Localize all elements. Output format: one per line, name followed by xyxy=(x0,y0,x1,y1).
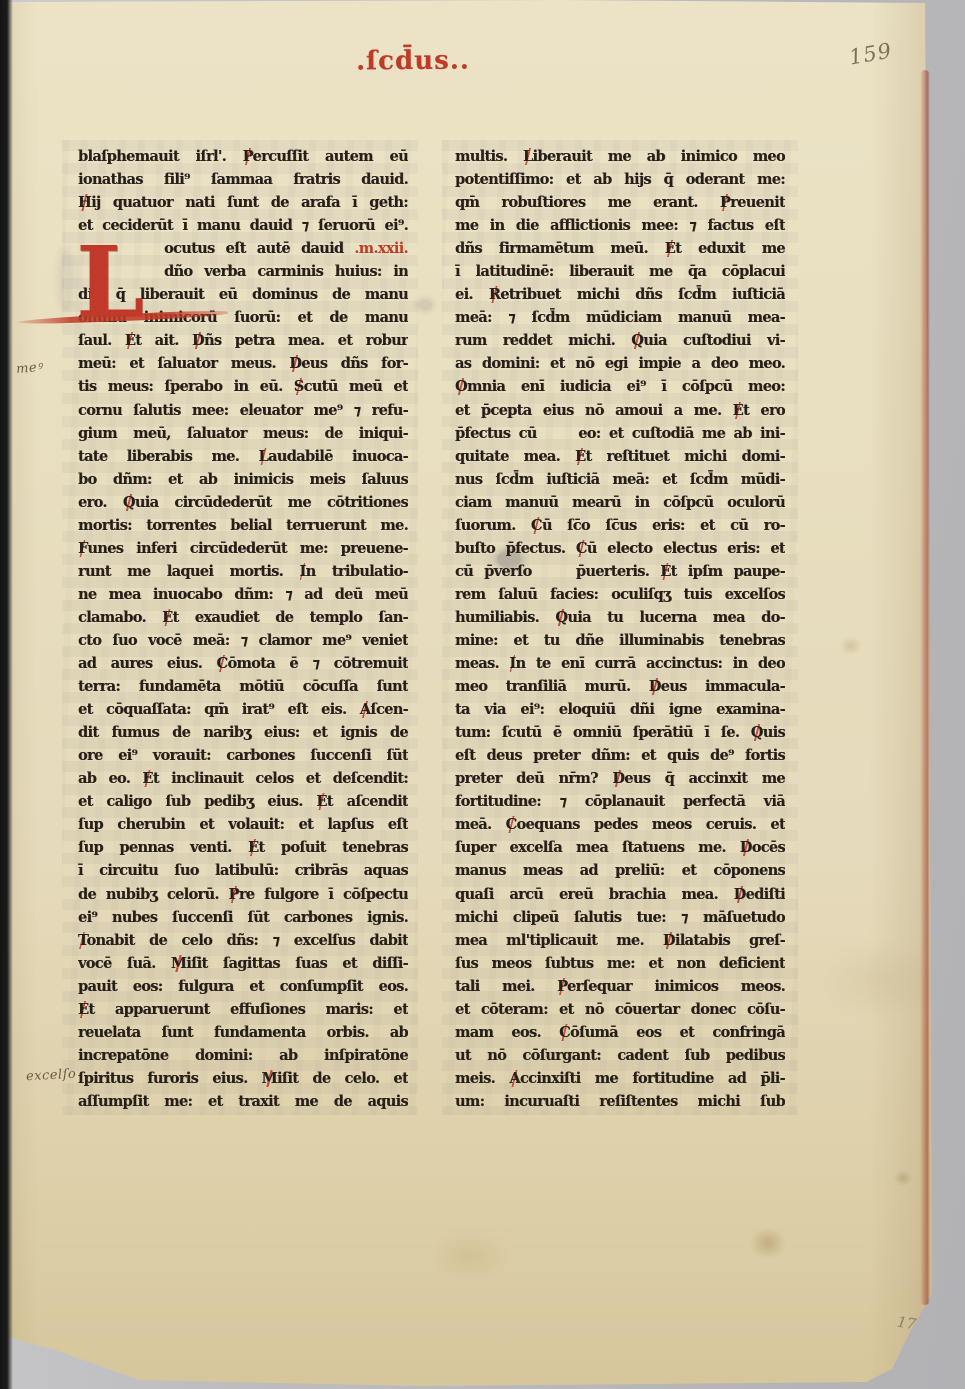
rubricated-capital: Q xyxy=(751,724,763,741)
text-line: Tonabit de celo dñs: ⁊ excelſus dabit xyxy=(78,929,408,952)
rubricated-capital: C xyxy=(531,517,542,534)
text-line: manus meas ad preliū: et cōponens xyxy=(455,859,785,882)
rubricated-capital: F xyxy=(78,540,87,557)
text-line: preter deū nr̄m? Deus q̄ accinxit me xyxy=(455,767,785,790)
text-line: de nubibʒ celorū. Pre fulgore ī cōſpectu xyxy=(78,883,408,906)
rubricated-capital: I xyxy=(509,655,515,672)
rubricated-capital: O xyxy=(455,378,467,395)
text-line: blaſphemauit iſrl'. Percuſſit autem eū xyxy=(78,145,408,168)
text-line: ei. Retribuet michi dñs ſcd̄m iuſticiā xyxy=(455,283,785,306)
running-title: .ſcd̄us.. xyxy=(356,46,470,77)
rubricated-capital: D xyxy=(740,839,752,856)
rubricated-capital: E xyxy=(248,839,258,856)
text-line: increpatōne domini: ab inſpiratōne xyxy=(78,1044,408,1067)
rubricated-capital: M xyxy=(262,1070,277,1087)
text-line: mine: et tu dñe illuminabis tenebras xyxy=(455,629,785,652)
text-line: michi clipeū ſalutis tue: ⁊ māſuetudo xyxy=(455,906,785,929)
text-line: ī latitudinē: liberauit me q̄a cōplacui xyxy=(455,260,785,283)
rubricated-capital: E xyxy=(142,770,152,787)
text-line: mortis: torrentes belial terruerunt me. xyxy=(78,514,408,537)
rubricated-capital: E xyxy=(316,793,326,810)
rubricated-capital: E xyxy=(665,240,675,257)
rubricated-capital: D xyxy=(612,770,624,787)
text-line: aſſumpſit me: et traxit me de aquis xyxy=(78,1090,408,1113)
rubricated-capital: Q xyxy=(123,494,135,511)
text-line: rem ſaluū facies: oculiſqʒ tuis excelſos xyxy=(455,583,785,606)
rubricated-capital: D xyxy=(649,678,661,695)
text-line: ſuorum. Cū ſc̄o ſc̄us eris: et cū ro- xyxy=(455,514,785,537)
text-line: ad aures eius. Cōmota ē ⁊ cōtremuit xyxy=(78,652,408,675)
text-line: cornu ſalutis mee: eleuator me⁹ ⁊ refu- xyxy=(78,399,408,422)
rubricated-capital: L xyxy=(259,448,269,465)
rubricated-capital: L xyxy=(523,148,533,165)
text-line: ei⁹ nubes ſuccenſi ſūt carbones ignis. xyxy=(78,906,408,929)
text-line: tali mei. Perſequar inimicos meos. xyxy=(455,975,785,998)
text-line: humiliabis. Quia tu lucerna mea do- xyxy=(455,606,785,629)
rubricated-capital: D xyxy=(734,886,746,903)
text-line: ciam manuū mearū in cōſpcū oculorū xyxy=(455,491,785,514)
ink-smudge xyxy=(418,300,432,310)
text-line: fortitudine: ⁊ cōplanauit perfectā viā xyxy=(455,790,785,813)
corner-pencil-number: 17 xyxy=(896,1313,918,1334)
rubricated-capital: E xyxy=(78,1001,88,1018)
text-line: ī circuitu ſuo latibulū: cribrās aquas xyxy=(78,859,408,882)
red-stained-fore-edge xyxy=(920,70,930,1305)
text-line: eſt deus preter dñm: et quis de⁹ fortis xyxy=(455,744,785,767)
rubricated-capital: A xyxy=(360,701,371,718)
text-line: gium meū, ſaluator meus: de iniqui- xyxy=(78,422,408,445)
text-line: dit fumus de naribʒ eius: et ignis de xyxy=(78,721,408,744)
text-line: ero. Quia circūdederūt me cōtritiones xyxy=(78,491,408,514)
text-line: buſto p̄fectus. Cū electo electus eris: … xyxy=(455,537,785,560)
rubricated-capital: E xyxy=(162,609,172,626)
text-line: Funes inferi circūdederūt me: preuene- xyxy=(78,537,408,560)
text-line: meis. Accinxiſti me fortitudine ad p̄li- xyxy=(455,1067,785,1090)
scanned-manuscript-view: { "page": { "running_title": ".ſcd̄us.."… xyxy=(0,0,965,1389)
text-line: Hij quatuor nati ſunt de arafa ī geth: xyxy=(78,191,408,214)
text-line: meā: ⁊ ſcd̄m mūdiciam manuū mea- xyxy=(455,306,785,329)
rubricated-capital: P xyxy=(229,886,239,903)
rubricated-capital: E xyxy=(660,563,670,580)
text-line: dñs firmamētum meū. Et eduxit me xyxy=(455,237,785,260)
rubricated-capital: A xyxy=(509,1070,520,1087)
text-line: ta via ei⁹: eloquiū dñi igne examina- xyxy=(455,698,785,721)
text-line: ſup cherubin et volauit: et lapſus eſt xyxy=(78,813,408,836)
text-line: runt me laquei mortis. In tribulatio- xyxy=(78,560,408,583)
text-line: nus ſcd̄m iuſticiā meā: et ſcd̄m mūdi- xyxy=(455,468,785,491)
rubricated-capital: P xyxy=(720,194,730,211)
text-line: ſus meos ſubtus me: et non deficient xyxy=(455,952,785,975)
text-line: et cōteram: et nō cōuertar donec cōſu- xyxy=(455,998,785,1021)
rubricated-capital: D xyxy=(192,332,204,349)
chapter-initial-letter: L xyxy=(76,240,144,324)
rubricated-capital: D xyxy=(289,355,301,372)
text-line: ſuper excelſa mea ſtatuens me. Docēs xyxy=(455,836,785,859)
rubricated-capital: T xyxy=(78,932,86,949)
ink-smudge xyxy=(60,250,72,310)
rubricated-capital: D xyxy=(663,932,675,949)
text-line: mam eos. Cōſumā eos et confringā xyxy=(455,1021,785,1044)
text-line: rum reddet michi. Quia cuſtodiui vi- xyxy=(455,329,785,352)
text-line: cū p̄verſo p̄uerteris. Et ipſm paupe- xyxy=(455,560,785,583)
text-line: p̄fectus cū eo: et cuſtodiā me ab ini- xyxy=(455,422,785,445)
text-line: ne mea inuocabo dñm: ⁊ ad deū meū xyxy=(78,583,408,606)
text-line: qm̄ robuſtiores me erant. Preuenit xyxy=(455,191,785,214)
text-line: reuelata ſunt fundamenta orbis. ab xyxy=(78,1021,408,1044)
text-line: mea ml'tiplicauit me. Dilatabis greſ- xyxy=(455,929,785,952)
text-line: et cōquaſſata: qm̄ irat⁹ eſt eis. Aſcen- xyxy=(78,698,408,721)
text-line: ore ei⁹ vorauit: carbones ſuccenſi ſūt xyxy=(78,744,408,767)
text-line: pauit eos: fulgura et conſumpſit eos. xyxy=(78,975,408,998)
text-line: tate liberabis me. Laudabilē inuoca- xyxy=(78,445,408,468)
text-line: terra: fundamēta mōtiū cōcuſſa ſunt xyxy=(78,675,408,698)
margin-note: meꝰ xyxy=(15,357,43,377)
text-line: quitate mea. Et reſtituet michi domi- xyxy=(455,445,785,468)
rubricated-capital: E xyxy=(733,402,743,419)
text-line: um: incuruaſti reſiſtentes michi ſub xyxy=(455,1090,785,1113)
text-line: multis. Liberauit me ab inimico meo xyxy=(455,145,785,168)
rubricated-capital: H xyxy=(78,194,91,211)
text-line: Et apparuerunt effuſiones maris: et xyxy=(78,998,408,1021)
text-line: ionathas fili⁹ ſammaa fratris dauid. xyxy=(78,168,408,191)
text-line: bo dñm: et ab inimicis meis ſaluus xyxy=(78,468,408,491)
rubricated-capital: E xyxy=(575,448,585,465)
rubricated-capital: P xyxy=(243,148,253,165)
rubricated-capital: C xyxy=(506,816,517,833)
chapter-rubric: .m.xxii. xyxy=(354,240,408,257)
text-line: me in die afflictionis mee: ⁊ factus eſt xyxy=(455,214,785,237)
text-line: quaſi arcū ereū brachia mea. Dediſti xyxy=(455,883,785,906)
text-line: ut nō cōſurgant: cadent ſub pedibus xyxy=(455,1044,785,1067)
text-line: meas. In te enī currā accinctus: in deo xyxy=(455,652,785,675)
rubricated-capital: Q xyxy=(555,609,567,626)
rubricated-capital: Q xyxy=(631,332,643,349)
rubricated-capital: C xyxy=(559,1024,570,1041)
scan-gutter-shadow xyxy=(0,0,13,1389)
text-line: tis meus: ſperabo in eū. Scutū meū et xyxy=(78,375,408,398)
text-line: as domini: et nō egi impie a deo meo. xyxy=(455,352,785,375)
text-line: meā. Coequans pedes meos ceruis. et xyxy=(455,813,785,836)
rubricated-capital: C xyxy=(576,540,587,557)
rubricated-capital: S xyxy=(294,378,304,395)
text-line: clamabo. Et exaudiet de templo ſan- xyxy=(78,606,408,629)
rubricated-capital: C xyxy=(217,655,228,672)
text-line: potentiſſimo: et ab hijs q̄ oderant me: xyxy=(455,168,785,191)
text-line: Omnia enī iudicia ei⁹ ī cōſpcū meo: xyxy=(455,375,785,398)
text-line: meū: et ſaluator meus. Deus dñs for- xyxy=(78,352,408,375)
text-line: tum: ſcutū ē omniū ſperātiū ī ſe. Quis xyxy=(455,721,785,744)
margin-note: excelſo xyxy=(26,1067,77,1085)
rubricated-capital: M xyxy=(171,955,186,972)
text-line: ſup pennas venti. Et poſuit tenebras xyxy=(78,836,408,859)
rubricated-capital: P xyxy=(557,978,567,995)
text-line: et p̄cepta eius nō amoui a me. Et ero xyxy=(455,399,785,422)
rubricated-capital: I xyxy=(299,563,305,580)
text-line: meo tranſiliā murū. Deus immacula- xyxy=(455,675,785,698)
text-line: vocē ſuā. Miſit ſagittas ſuas et diſſi- xyxy=(78,952,408,975)
text-line: ab eo. Et inclinauit celos et deſcendit: xyxy=(78,767,408,790)
text-line: cto ſuo vocē meā: ⁊ clamor me⁹ veniet xyxy=(78,629,408,652)
text-line: et caligo ſub pedibʒ eius. Et aſcendit xyxy=(78,790,408,813)
text-column-2: multis. Liberauit me ab inimico meopoten… xyxy=(455,145,785,1113)
text-line: ſpiritus furoris eius. Miſit de celo. et xyxy=(78,1067,408,1090)
rubricated-capital: R xyxy=(489,286,500,303)
